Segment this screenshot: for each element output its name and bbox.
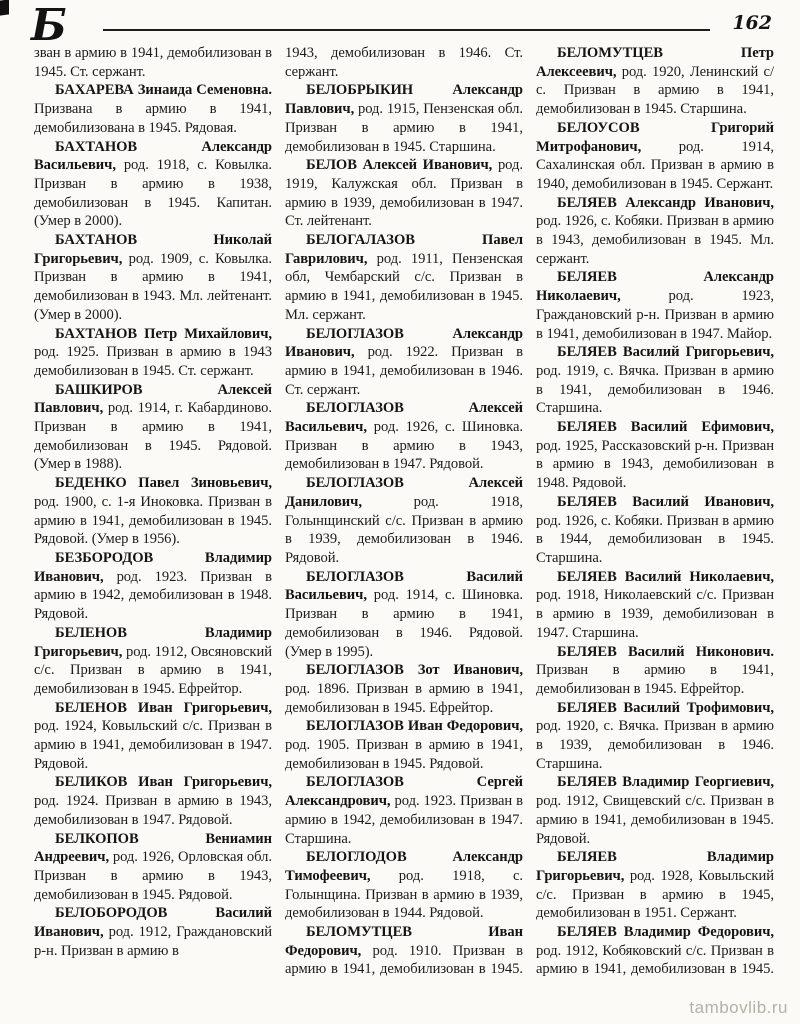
veteran-entry: БЕЛОГЛАЗОВ Алексей Данилович, род. 1918,…	[285, 474, 523, 568]
veteran-entry: БЕЛОГЛАЗОВ Александр Иванович, род. 1922…	[285, 325, 523, 400]
veteran-name: БЕЛЕНОВ Владимир Григорьевич,	[34, 625, 272, 660]
veteran-name: БЕЛЯЕВ Василий Трофимович,	[557, 700, 774, 716]
veteran-entry: БАХТАНОВ Александр Васильевич, род. 1918…	[34, 138, 272, 232]
veteran-entry: БЕЛОМУТЦЕВ Иван Федорович, род. 1910. Пр…	[285, 923, 523, 980]
veteran-name: БЕДЕНКО Павел Зиновьевич,	[55, 475, 272, 491]
veteran-name: БАХТАНОВ Петр Михайлович,	[55, 326, 272, 342]
veteran-name: БЕЛКОПОВ Вениамин Андреевич,	[34, 831, 272, 866]
veteran-entry: БЕЛЯЕВ Василий Григорьевич, род. 1919, с…	[536, 343, 774, 418]
header-rule	[103, 29, 710, 31]
veteran-name: БЕЛЯЕВ Владимир Георгиевич,	[557, 774, 774, 790]
veteran-name: БЕЛОГЛАЗОВ Алексей Васильевич,	[285, 400, 523, 435]
veteran-name: БЕЗБОРОДОВ Владимир Иванович,	[34, 550, 272, 585]
veteran-entry: БАХАРЕВА Зинаида Семеновна. Призвана в а…	[34, 81, 272, 137]
veteran-name: БЕЛОГЛАЗОВ Василий Васильевич,	[285, 569, 523, 604]
column-left: зван в армию в 1941, демобилизован в 194…	[34, 44, 272, 980]
veteran-name: БЕЛОГЛАЗОВ Сергей Александрович,	[285, 774, 523, 809]
veteran-entry: БЕЛЯЕВ Василий Трофимович, род. 1920, с.…	[536, 699, 774, 774]
veteran-entry: БАХТАНОВ Петр Михайлович, род. 1925. При…	[34, 325, 272, 381]
column-middle: 1943, демобилизован в 1946. Ст. сержант.…	[285, 44, 523, 980]
column-right: БЕЛОМУТЦЕВ Петр Алексеевич, род. 1920, Л…	[536, 44, 774, 980]
veteran-entry: БАШКИРОВ Алексей Павлович, род. 1914, г.…	[34, 381, 272, 475]
veteran-name: БЕЛОГАЛАЗОВ Павел Гаврилович,	[285, 232, 523, 267]
veteran-entry: БЕЛОГАЛАЗОВ Павел Гаврилович, род. 1911,…	[285, 231, 523, 325]
veteran-entry: БЕЛЯЕВ Василий Никонович. Призван в арми…	[536, 643, 774, 699]
veteran-entry: БЕЛЯЕВ Василий Николаевич, род. 1918, Ни…	[536, 568, 774, 643]
veteran-entry: БЕЛОГЛАЗОВ Алексей Васильевич, род. 1926…	[285, 399, 523, 474]
veteran-entry: БЕЛЯЕВ Владимир Федорович, род. 1912, Ко…	[536, 923, 774, 980]
veteran-name: БАХАРЕВА Зинаида Семеновна.	[55, 82, 272, 98]
scan-corner-artifact	[0, 0, 9, 16]
veteran-name: БАШКИРОВ Алексей Павлович,	[34, 382, 272, 417]
veteran-entry: БЕЛЯЕВ Владимир Георгиевич, род. 1912, С…	[536, 773, 774, 848]
veteran-name: БЕЛОГЛОДОВ Александр Тимофеевич,	[285, 849, 523, 884]
veteran-entry: БЕЛЯЕВ Владимир Григорьевич, род. 1928, …	[536, 848, 774, 923]
veteran-name: БЕЛЕНОВ Иван Григорьевич,	[55, 700, 272, 716]
veteran-entry: БЕЛЕНОВ Иван Григорьевич, род. 1924, Ков…	[34, 699, 272, 774]
veteran-entry: зван в армию в 1941, демобилизован в 194…	[34, 44, 272, 81]
veteran-name: БЕЛОВ Алексей Иванович,	[306, 157, 492, 173]
veteran-name: БЕЛИКОВ Иван Григорьевич,	[55, 774, 272, 790]
veteran-name: БЕЛЯЕВ Василий Григорьевич,	[557, 344, 774, 360]
veteran-entry: БЕЛЯЕВ Василий Иванович, род. 1926, с. К…	[536, 493, 774, 568]
veteran-name: БЕЛЯЕВ Владимир Федорович,	[557, 924, 774, 940]
veteran-name: БЕЛОМУТЦЕВ Иван Федорович,	[285, 924, 523, 959]
veteran-entry: БЕЛОГЛАЗОВ Иван Федорович, род. 1905. Пр…	[285, 717, 523, 773]
veteran-entry: БЕЛОВ Алексей Иванович, род. 1919, Калуж…	[285, 156, 523, 231]
veteran-entry: БЕЛОБРЫКИН Александр Павлович, род. 1915…	[285, 81, 523, 156]
veteran-entry: БЕЛОМУТЦЕВ Петр Алексеевич, род. 1920, Л…	[536, 44, 774, 119]
veteran-entry: БЕЛЕНОВ Владимир Григорьевич, род. 1912,…	[34, 624, 272, 699]
book-page: Б 162 зван в армию в 1941, демобилизован…	[0, 0, 800, 1024]
veteran-name: БЕЛЯЕВ Александр Николаевич,	[536, 269, 774, 304]
veteran-name: БЕЛЯЕВ Василий Иванович,	[557, 494, 774, 510]
veteran-entry: БЕДЕНКО Павел Зиновьевич, род. 1900, с. …	[34, 474, 272, 549]
veteran-entry: БЕЛЯЕВ Василий Ефимович, род. 1925, Расс…	[536, 418, 774, 493]
veteran-entry: БЕЛОГЛАЗОВ Василий Васильевич, род. 1914…	[285, 568, 523, 662]
veteran-name: БЕЛОГЛАЗОВ Алексей Данилович,	[285, 475, 523, 510]
veteran-name: БЕЛОБРЫКИН Александр Павлович,	[285, 82, 523, 117]
veteran-name: БЕЛОБОРОДОВ Василий Иванович,	[34, 905, 272, 940]
veteran-name: БЕЛОМУТЦЕВ Петр Алексеевич,	[536, 45, 774, 80]
veteran-name: БЕЛОУСОВ Григорий Митрофанович,	[536, 120, 774, 155]
page-number: 162	[732, 12, 772, 34]
veteran-entry: БЕЛОБОРОДОВ Василий Иванович, род. 1912,…	[34, 904, 272, 960]
entries-content: зван в армию в 1941, демобилизован в 194…	[34, 44, 774, 980]
veteran-entry: БЕЛЯЕВ Александр Николаевич, род. 1923, …	[536, 268, 774, 343]
veteran-name: БАХТАНОВ Николай Григорьевич,	[34, 232, 272, 267]
veteran-name: БЕЛЯЕВ Василий Николаевич,	[557, 569, 774, 585]
veteran-entry: БЕЛЯЕВ Александр Иванович, род. 1926, с.…	[536, 194, 774, 269]
veteran-entry: БЕЛОУСОВ Григорий Митрофанович, род. 191…	[536, 119, 774, 194]
library-watermark: tambovlib.ru	[689, 998, 788, 1018]
veteran-entry: БЕЛОГЛАЗОВ Зот Иванович, род. 1896. Приз…	[285, 661, 523, 717]
veteran-entry: 1943, демобилизован в 1946. Ст. сержант.	[285, 44, 523, 81]
veteran-name: БЕЛЯЕВ Василий Ефимович,	[557, 419, 774, 435]
veteran-entry: БЕЛОГЛАЗОВ Сергей Александрович, род. 19…	[285, 773, 523, 848]
veteran-name: БЕЛОГЛАЗОВ Иван Федорович,	[306, 718, 523, 734]
veteran-entry: БЕЗБОРОДОВ Владимир Иванович, род. 1923.…	[34, 549, 272, 624]
veteran-entry: БАХТАНОВ Николай Григорьевич, род. 1909,…	[34, 231, 272, 325]
veteran-name: БЕЛЯЕВ Владимир Григорьевич,	[536, 849, 774, 884]
veteran-name: БАХТАНОВ Александр Васильевич,	[34, 139, 272, 174]
veteran-name: БЕЛЯЕВ Василий Никонович.	[557, 644, 774, 660]
veteran-entry: БЕЛКОПОВ Вениамин Андреевич, род. 1926, …	[34, 830, 272, 905]
veteran-name: БЕЛОГЛАЗОВ Зот Иванович,	[306, 662, 523, 678]
veteran-entry: БЕЛИКОВ Иван Григорьевич, род. 1924. При…	[34, 773, 272, 829]
veteran-name: БЕЛОГЛАЗОВ Александр Иванович,	[285, 326, 523, 361]
veteran-entry: БЕЛОГЛОДОВ Александр Тимофеевич, род. 19…	[285, 848, 523, 923]
veteran-name: БЕЛЯЕВ Александр Иванович,	[557, 195, 774, 211]
